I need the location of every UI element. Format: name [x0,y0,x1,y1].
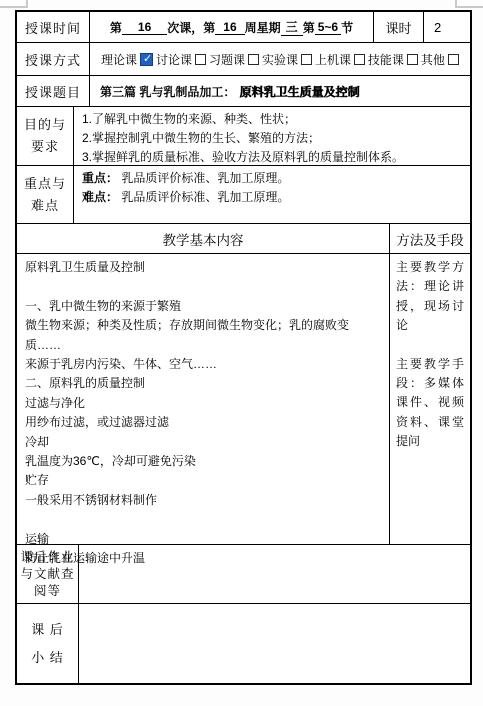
checkbox[interactable] [407,54,418,65]
objectives-label: 目的与 要求 [17,107,74,165]
row-topic: 授课题目 第三篇 乳与乳制品加工： 原料乳卫生质量及控制 [17,76,470,107]
content-line: 用纱布过滤，或过滤器过滤 [25,413,381,432]
content-line: 过滤与净化 [25,394,381,413]
summary-label-line2: 小 结 [31,644,64,672]
teaching-content: 原料乳卫生质量及控制 一、乳中微生物的来源于繁殖 微生物来源；种类及性质；存放期… [17,254,390,544]
teaching-time-label: 授课时间 [17,12,90,42]
row-teaching-mode: 授课方式 理论课 讨论课 习题课 [17,43,470,76]
content-header-left-text: 教学基本内容 [163,229,244,249]
methods-and-means: 主要教学方法：理论讲授，现场讨论 主要教学手段：多媒体课件、视频资料、课堂提问 [390,254,470,544]
time-segment: 第 [110,19,122,36]
course-type-option: 讨论课 [156,51,206,68]
teaching-mode-label: 授课方式 [17,43,90,75]
time-segment: 16 [215,20,244,35]
keypoint-text: 乳品质评价标准、乳加工原理。 [121,190,289,204]
objectives-label-line2: 要求 [31,136,59,158]
page-margin-mark-left [0,0,28,8]
course-type-option: 实验课 [262,51,312,68]
course-type-option: 理论课 [101,51,153,68]
homework-label-line1: 课后作业 [20,549,74,566]
row-summary: 课 后 小 结 [17,604,470,683]
objective-line: 2.掌握控制乳中微生物的生长、繁殖的方法； [82,129,462,148]
keypoint-prefix: 重点： [82,171,118,185]
time-segment: 周星期 [245,19,281,36]
teaching-time-value: 第 16 次课，第 16 周星期 三 第 5~6 节 [90,12,374,42]
course-type-option-label: 上机课 [315,51,351,68]
keypoints-label: 重点与 难点 [17,166,74,223]
checkbox[interactable] [301,54,312,65]
checkbox[interactable] [354,54,365,65]
class-hours-label: 课时 [374,12,424,42]
class-hours-label-text: 课时 [385,18,411,37]
class-hours-value-text: 2 [434,20,441,35]
row-main-content: 原料乳卫生质量及控制 一、乳中微生物的来源于繁殖 微生物来源；种类及性质；存放期… [17,254,470,545]
teaching-mode-options: 理论课 讨论课 习题课 实验课 [90,43,470,75]
homework-label-line3: 阅等 [34,583,61,600]
objective-line: 1.了解乳中微生物的来源、种类、性状； [82,110,462,129]
course-type-option: 技能课 [368,51,418,68]
teaching-mode-label-text: 授课方式 [25,50,81,69]
course-type-option: 上机课 [315,51,365,68]
summary-label: 课 后 小 结 [17,604,79,683]
row-homework: 课后作业 与文献查 阅等 [17,545,470,604]
time-segment: 次课，第 [167,19,215,36]
course-type-option: 习题课 [209,51,259,68]
teaching-time-label-text: 授课时间 [25,18,81,37]
row-content-header: 教学基本内容 方法及手段 [17,224,470,254]
course-type-option-label: 理论课 [101,51,137,68]
summary-label-line1: 课 后 [31,616,64,644]
content-line: 一、乳中微生物的来源于繁殖 [25,297,381,316]
content-header-left: 教学基本内容 [17,224,390,253]
methods-paragraph: 主要教学手段：多媒体课件、视频资料、课堂提问 [396,355,464,452]
content-line: 一般采用不锈钢材料制作 [25,491,381,510]
keypoint-line: 难点： 乳品质评价标准、乳加工原理。 [82,188,462,207]
content-line [25,510,381,529]
checkbox[interactable] [195,54,206,65]
homework-label-line2: 与文献查 [20,566,74,583]
content-line: 原料乳卫生质量及控制 [25,258,381,277]
time-segment: 节 [341,19,353,36]
row-objectives: 目的与 要求 1.了解乳中微生物的来源、种类、性状； 2.掌握控制乳中微生物的生… [17,107,470,166]
keypoints-label-line2: 难点 [31,195,59,217]
keypoints-content: 重点： 乳品质评价标准、乳加工原理。 难点： 乳品质评价标准、乳加工原理。 [74,166,470,223]
time-segment: 三 [281,18,303,36]
content-line: 二、原料乳的质量控制 [25,374,381,393]
keypoint-prefix: 难点： [82,190,118,204]
content-header-right-text: 方法及手段 [396,229,464,249]
homework-label: 课后作业 与文献查 阅等 [17,545,79,603]
content-line [25,277,381,296]
page-margin-mark-right [455,0,483,8]
course-type-option: 其他 [421,51,459,68]
time-segment: 16 [122,20,167,35]
topic-value: 第三篇 乳与乳制品加工： 原料乳卫生质量及控制 [90,76,470,106]
time-segment: 5~6 [315,20,341,35]
objectives-content: 1.了解乳中微生物的来源、种类、性状； 2.掌握控制乳中微生物的生长、繁殖的方法… [74,107,470,165]
objective-line: 3.掌握鲜乳的质量标准、验收方法及原料乳的质量控制体系。 [82,148,462,167]
keypoint-text: 乳品质评价标准、乳加工原理。 [121,171,289,185]
keypoint-line: 重点： 乳品质评价标准、乳加工原理。 [82,169,462,188]
course-type-option-label: 技能课 [368,51,404,68]
checkbox[interactable] [140,53,153,66]
course-type-option-label: 其他 [421,51,445,68]
lesson-plan-document-page: 授课时间 第 16 次课，第 16 周星期 三 第 5~6 [0,0,483,706]
topic-label-text: 授课题目 [25,82,81,101]
checkbox[interactable] [448,54,459,65]
topic-title: 原料乳卫生质量及控制 [239,83,359,100]
content-line: 微生物来源；种类及性质；存放期间微生物变化；乳的腐败变质…… [25,316,381,355]
row-teaching-time: 授课时间 第 16 次课，第 16 周星期 三 第 5~6 [17,12,470,43]
course-type-option-label: 讨论课 [156,51,192,68]
homework-content[interactable] [79,545,470,603]
course-type-option-label: 实验课 [262,51,298,68]
time-segment: 第 [303,19,315,36]
content-line: 冷却 [25,433,381,452]
class-hours-value: 2 [424,12,470,42]
row-keypoints: 重点与 难点 重点： 乳品质评价标准、乳加工原理。 难点： 乳品质评价标准、乳加… [17,166,470,224]
keypoints-label-line1: 重点与 [24,173,66,195]
methods-paragraph: 主要教学方法：理论讲授，现场讨论 [396,258,464,336]
objectives-label-line1: 目的与 [24,114,66,136]
content-line: 贮存 [25,471,381,490]
content-header-right: 方法及手段 [390,224,470,253]
topic-label: 授课题目 [17,76,90,106]
content-line: 来源于乳房内污染、牛体、空气…… [25,355,381,374]
topic-prefix: 第三篇 乳与乳制品加工： [100,83,235,100]
summary-content[interactable] [79,604,470,683]
checkbox[interactable] [248,54,259,65]
course-type-option-label: 习题课 [209,51,245,68]
content-line: 乳温度为36℃，冷却可避免污染 [25,452,381,471]
lesson-plan-table: 授课时间 第 16 次课，第 16 周星期 三 第 5~6 [15,10,472,685]
